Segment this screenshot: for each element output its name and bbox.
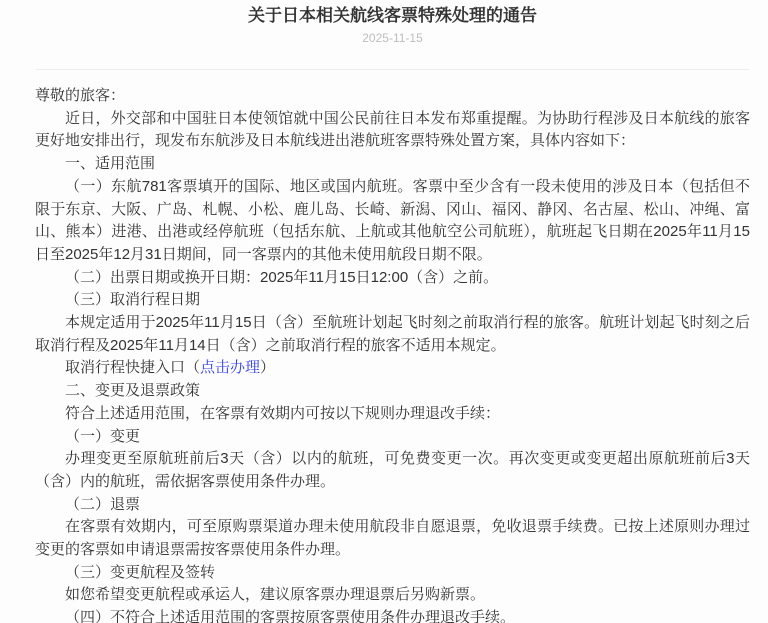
- scope-item-2: （二）出票日期或换开日期：2025年11月15日12:00（含）之前。: [35, 267, 750, 290]
- change-heading: （一）变更: [35, 426, 750, 449]
- cancel-entry-line: 取消行程快捷入口（点击办理）: [35, 357, 750, 380]
- policy-intro: 符合上述适用范围，在客票有效期内可按以下规则办理退改手续：: [35, 403, 750, 426]
- notice-title: 关于日本相关航线客票特殊处理的通告: [35, 5, 750, 26]
- scope-item-1: （一）东航781客票填开的国际、地区或国内航班。客票中至少含有一段未使用的涉及日…: [35, 176, 750, 267]
- cancel-entry-prefix: 取消行程快捷入口（: [65, 359, 200, 376]
- scope-item-3-heading: （三）取消行程日期: [35, 289, 750, 312]
- refund-detail: 在客票有效期内，可至原购票渠道办理未使用航段非自愿退票，免收退票手续费。已按上述…: [35, 516, 750, 561]
- reroute-heading: （三）变更航程及签转: [35, 562, 750, 585]
- change-detail: 办理变更至原航班前后3天（含）以内的航班，可免费变更一次。再次变更或变更超出原航…: [35, 448, 750, 493]
- cancel-entry-suffix: ）: [260, 359, 275, 376]
- reroute-detail: 如您希望变更航程或承运人，建议原客票办理退票后另购新票。: [35, 584, 750, 607]
- intro-paragraph: 近日，外交部和中国驻日本使领馆就中国公民前往日本发布郑重提醒。为协助行程涉及日本…: [35, 108, 750, 153]
- cancel-trip-link[interactable]: 点击办理: [200, 359, 260, 376]
- section-2-heading: 二、变更及退票政策: [35, 380, 750, 403]
- header-divider: [36, 69, 749, 70]
- notice-date: 2025-11-15: [35, 31, 750, 45]
- notice-header: 关于日本相关航线客票特殊处理的通告 2025-11-15: [35, 0, 750, 45]
- section-1-heading: 一、适用范围: [35, 153, 750, 176]
- other-tickets-item: （四）不符合上述适用范围的客票按原客票使用条件办理退改手续。: [35, 607, 750, 623]
- salutation: 尊敬的旅客：: [35, 85, 750, 108]
- cancel-date-detail: 本规定适用于2025年11月15日（含）至航班计划起飞时刻之前取消行程的旅客。航…: [35, 312, 750, 357]
- notice-body: 尊敬的旅客： 近日，外交部和中国驻日本使领馆就中国公民前往日本发布郑重提醒。为协…: [35, 85, 750, 623]
- refund-heading: （二）退票: [35, 494, 750, 517]
